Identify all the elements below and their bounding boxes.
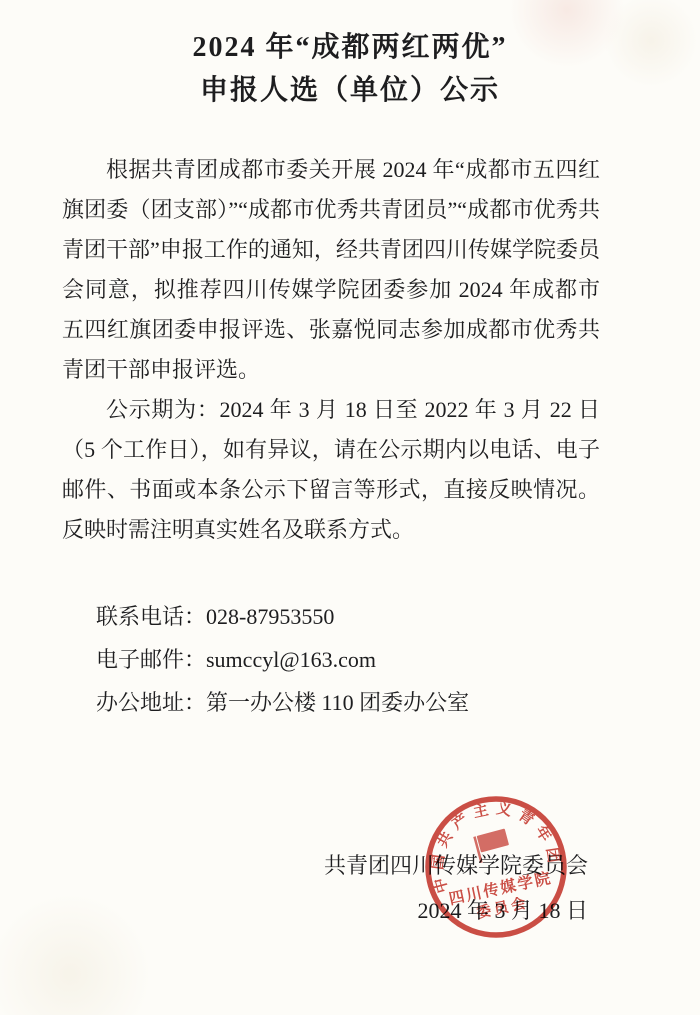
scanned-document-page: 2024 年“成都两红两优” 申报人选（单位）公示 根据共青团成都市委关开展 2… [0,0,700,1015]
contact-address: 办公地址：第一办公楼 110 团委办公室 [96,681,469,724]
contact-info-block: 联系电话：028-87953550 电子邮件：sumccyl@163.com 办… [96,595,469,724]
title-line-1: 2024 年“成都两红两优” [0,26,700,69]
paragraph-recommendation: 根据共青团成都市委关开展 2024 年“成都市五四红旗团委（团支部）”“成都市优… [62,150,600,390]
seal-flag-icon [473,829,511,863]
paragraph-publicity-period: 公示期为：2024 年 3 月 18 日至 2022 年 3 月 22 日（5 … [62,390,600,550]
official-seal: 中国共产主义青年团 四川传媒学院 委员会 [421,792,571,942]
document-title: 2024 年“成都两红两优” 申报人选（单位）公示 [0,26,700,112]
document-body: 根据共青团成都市委关开展 2024 年“成都市五四红旗团委（团支部）”“成都市优… [62,150,600,550]
title-line-2: 申报人选（单位）公示 [0,69,700,112]
contact-phone: 联系电话：028-87953550 [96,595,469,638]
contact-email: 电子邮件：sumccyl@163.com [96,638,469,681]
